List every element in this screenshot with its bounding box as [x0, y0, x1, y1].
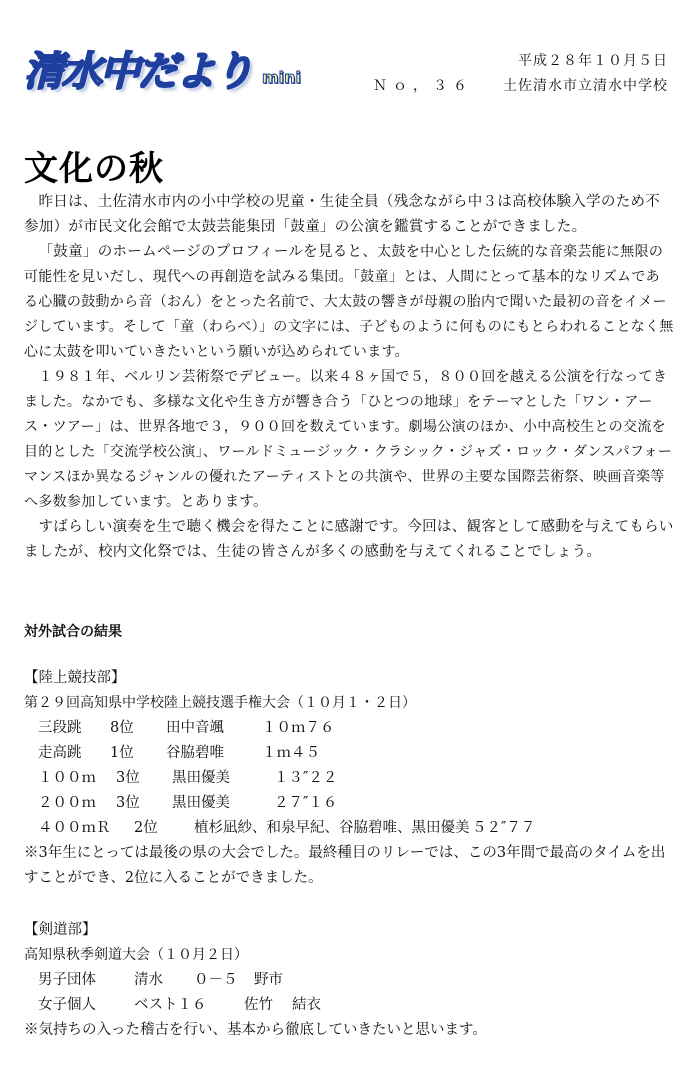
track-club-results: 【陸上競技部】 第２９回高知県中学校陸上競技選手権大会（１０月１・２日） 三段跳…	[24, 666, 674, 891]
result-team: 清水	[134, 968, 194, 993]
result-athlete: 黒田優美	[172, 791, 274, 816]
club-name: 【剣道部】	[24, 918, 674, 943]
result-record: １ｍ４５	[262, 741, 320, 766]
club-name: 【陸上競技部】	[24, 666, 674, 691]
result-row: ２００ｍ 3位 黒田優美 ２７″１６	[24, 791, 674, 816]
result-record: １０ｍ７６	[262, 716, 335, 741]
competition-name: 高知県秋季剣道大会（１０月２日）	[24, 943, 674, 968]
result-category: 男子団体	[38, 968, 134, 993]
logo-title: 清水中だより	[24, 48, 252, 96]
result-event: １００ｍ	[38, 766, 116, 791]
article-paragraph: 「鼓童」のホームページのプロフィールを見ると、太鼓を中心とした伝統的な音楽芸能に…	[24, 240, 674, 365]
results-heading: 対外試合の結果	[24, 622, 122, 642]
issue-number: Ｎｏ，３６	[373, 77, 473, 95]
result-row: ４００ｍＲ 2位 植杉凪紗、和泉早紀、谷脇碧唯、黒田優美 ５２″７７	[24, 816, 674, 841]
article-paragraph: すばらしい演奏を生で聴く機会を得たことに感謝です。今回は、観客として感動を与えて…	[24, 515, 674, 565]
newsletter-logo: 清水中だより mini	[24, 44, 301, 96]
result-athlete: 谷脇碧唯	[166, 741, 262, 766]
track-note: ※3年生にとっては最後の県の大会でした。最終種目のリレーでは、この3年間で最高の…	[24, 841, 674, 891]
result-opponent: 野市	[254, 968, 283, 993]
result-row: １００ｍ 3位 黒田優美 １３″２２	[24, 766, 674, 791]
article-paragraph: 昨日は、土佐清水市内の小中学校の児童・生徒全員（残念ながら中３は高校体験入学のた…	[24, 190, 674, 240]
paragraph-text: とあります。	[180, 494, 268, 510]
kendo-note: ※気持ちの入った稽古を行い、基本から徹底していきたいと思います。	[24, 1018, 674, 1043]
result-row: 三段跳 8位 田中音颯 １０ｍ７６	[24, 716, 674, 741]
result-rank: 8位	[110, 716, 166, 741]
article-paragraph: １９８１年、ベルリン芸術祭でデビュー。以来４８ヶ国で５，８００回を越える公演を行…	[24, 365, 674, 515]
result-record: ２７″１６	[274, 791, 337, 816]
result-rank: ベスト１６	[134, 993, 244, 1018]
result-athlete: 植杉凪紗、和泉早紀、谷脇碧唯、黒田優美	[194, 816, 472, 841]
result-record: １３″２２	[274, 766, 337, 791]
quoted-profile-text: 太鼓を中心とした伝統的な音楽芸能に無限の可能性を見いだし、現代への再創造を試みる…	[24, 244, 674, 360]
result-score: ０－５	[194, 968, 254, 993]
result-rank: 1位	[110, 741, 166, 766]
paragraph-text: 「鼓童」のホームページのプロフィールを見ると、	[39, 244, 378, 260]
paragraph-text: 昨日は、土佐清水市内の小中学校の児童・生徒全員（残念ながら中３は高校体験入学のた…	[24, 194, 660, 235]
issue-date: 平成２８年１０月５日	[518, 52, 668, 70]
quoted-profile-text: １９８１年、ベルリン芸術祭でデビュー。以来４８ヶ国で５，８００回を越える公演を行…	[24, 369, 672, 510]
paragraph-text: すばらしい演奏を生で聴く機会を得たことに感謝です。今回は、観客として感動を与えて…	[24, 519, 674, 560]
kendo-club-results: 【剣道部】 高知県秋季剣道大会（１０月２日） 男子団体 清水 ０－５ 野市 女子…	[24, 918, 674, 1043]
result-event: 走高跳	[38, 741, 110, 766]
result-rank: 3位	[116, 791, 172, 816]
logo-suffix: mini	[262, 68, 301, 88]
result-athlete-surname: 佐竹	[244, 993, 292, 1018]
result-event: ２００ｍ	[38, 791, 116, 816]
result-row: 男子団体 清水 ０－５ 野市	[24, 968, 674, 993]
result-athlete: 黒田優美	[172, 766, 274, 791]
newsletter-page: 清水中だより mini 平成２８年１０月５日 Ｎｏ，３６ 土佐清水市立清水中学校…	[0, 0, 694, 1073]
result-event: 三段跳	[38, 716, 110, 741]
result-athlete-given-name: 結衣	[292, 993, 321, 1018]
result-row: 女子個人 ベスト１６ 佐竹 結衣	[24, 993, 674, 1018]
result-rank: 2位	[134, 816, 194, 841]
result-record: ５２″７７	[472, 816, 535, 841]
school-name: 土佐清水市立清水中学校	[503, 77, 668, 95]
result-row: 走高跳 1位 谷脇碧唯 １ｍ４５	[24, 741, 674, 766]
article-title: 文化の秋	[24, 148, 164, 190]
result-rank: 3位	[116, 766, 172, 791]
article-body: 昨日は、土佐清水市内の小中学校の児童・生徒全員（残念ながら中３は高校体験入学のた…	[24, 190, 674, 565]
competition-name: 第２９回高知県中学校陸上競技選手権大会（１０月１・２日）	[24, 691, 674, 716]
result-event: ４００ｍＲ	[38, 816, 134, 841]
result-athlete: 田中音颯	[166, 716, 262, 741]
result-category: 女子個人	[38, 993, 134, 1018]
